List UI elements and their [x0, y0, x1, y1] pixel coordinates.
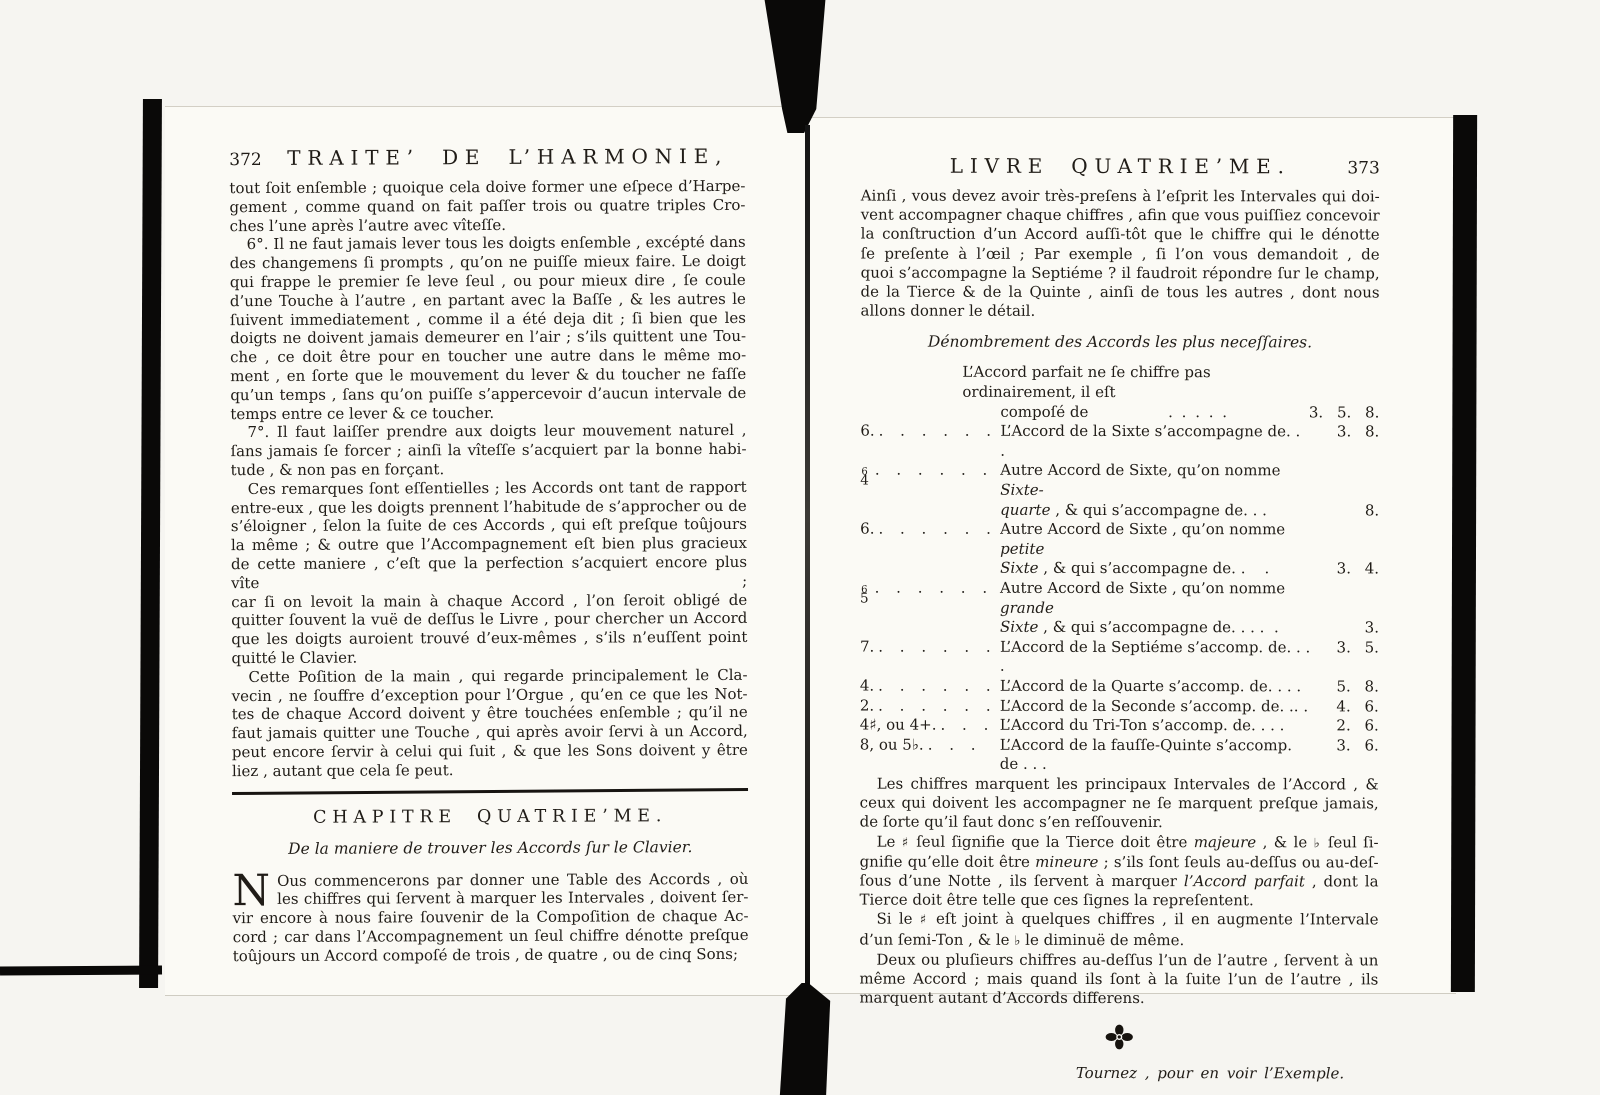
text-line: d’une Touche à l’autre , en partant avec… — [230, 290, 746, 311]
right-page-paragraphs: Les chiffres marquent les principaux Int… — [859, 774, 1378, 1008]
text-line: Si le ♯ eſt joint à quelques chiffres , … — [859, 910, 1378, 931]
table-row: 65. . . . . . . . . .Autre Accord de Six… — [860, 579, 1379, 619]
left-page-paragraphs: tout ſoit enſemble ; quoique cela doive … — [229, 177, 748, 781]
table-row-text: L’Accord de la Seconde s’accomp. de. .. … — [1000, 696, 1308, 716]
table-row: 6.. . . . . . . . . .L’Accord de la Sixt… — [860, 422, 1379, 462]
text-line: vent accompagner chaque chiffres , afin … — [861, 206, 1380, 226]
table-row: quarte , & qui s’accompagne de. . .8. — [860, 500, 1379, 520]
interval-numbers: 3. 8. — [1313, 423, 1379, 443]
text-line: qui frappe le premier ſe leve ſeul , ou … — [230, 271, 746, 292]
text-line: cord ; car dans l’Accompagnement un ſeul… — [233, 926, 749, 947]
text-line: doigts ne doivent jamais demeurer en l’a… — [230, 327, 746, 348]
text-line: car ſi on levoit la main à chaque Accord… — [231, 590, 747, 611]
text-line: entre-eux , que les doigts prennent l’ha… — [231, 496, 747, 517]
interval-numbers: 3. 5. 8. — [1309, 403, 1380, 423]
page-number-right: 373 — [1322, 158, 1380, 178]
text-line: la même ; & outre que l’Accompagnement e… — [231, 534, 747, 555]
paragraph: Deux ou pluſieurs chiffres au-deſſus l’u… — [859, 950, 1378, 1009]
text-line: s’éloigner , ſelon la ſuite de ces Accor… — [231, 515, 747, 536]
right-page-header: LIVRE QUATRIE’ME. 373 — [861, 154, 1380, 179]
interval-numbers: 8. — [1313, 501, 1379, 521]
right-page-intro: Ainſi , vous devez avoir très-preſens à … — [861, 187, 1380, 322]
text-line: ſans jamais ſe forcer ; ainſi la vîteſſe… — [231, 440, 747, 461]
table-row-text: Sixte , & qui s’accompagne de. . . — [1000, 559, 1269, 579]
right-page: LIVRE QUATRIE’ME. 373 Ainſi , vous devez… — [811, 117, 1456, 994]
interval-numbers: 4. 6. — [1313, 697, 1379, 717]
table-row: 2.. . . . . . . . . .L’Accord de la Seco… — [860, 696, 1379, 716]
text-line: ſe preſente à l’œil ; Par exemple , ſi l… — [861, 244, 1380, 264]
text-line: Ces remarques ſont eſſentielles ; les Ac… — [231, 478, 747, 499]
table-row-text: quarte , & qui s’accompagne de. . . — [1000, 500, 1267, 520]
text-line: toûjours un Accord compoſé de trois , de… — [233, 945, 749, 966]
interval-numbers: 3. 4. — [1313, 560, 1379, 580]
table-row-text: L’Accord du Tri-Ton s’accomp. de. . . . — [1000, 716, 1285, 736]
text-line: gement , comme quand on fait paſſer troi… — [229, 196, 745, 217]
text-line: Le ♯ ſeul ſignifie que la Tierce doit êt… — [860, 832, 1379, 853]
interval-numbers: 3. — [1313, 618, 1379, 638]
book-scan-spread: 372 TRAITE’ DE L’HARMONIE, tout ſoit enſ… — [0, 0, 1600, 1095]
table-row-text: Autre Accord de Sixte , qu’on nomme gran… — [1000, 579, 1313, 619]
figured-bass-signature: 2.. . . . . . . . . . — [860, 696, 1000, 716]
text-line: des changemens ſi prompts , qu’on ne pui… — [230, 252, 746, 273]
text-line: quitter ſouvent la vuë de deſſus le Livr… — [231, 609, 747, 630]
left-page-text-column: 372 TRAITE’ DE L’HARMONIE, tout ſoit enſ… — [229, 144, 749, 966]
interval-numbers: 3. 6. — [1313, 736, 1379, 756]
gutter-shadow-bottom — [769, 983, 837, 1095]
figured-bass-signature: 7.. . . . . . . . . . — [860, 637, 1000, 657]
interval-numbers: 2. 6. — [1313, 716, 1379, 736]
table-row-text: Autre Accord de Sixte, qu’on nomme Sixte… — [1000, 461, 1313, 501]
text-line: tes de chaque Accord doivent y être touc… — [232, 703, 748, 724]
figured-bass-signature: 6.. . . . . . . . . . — [860, 520, 1000, 540]
left-board-foot-edge — [0, 966, 162, 976]
accord-table: L’Accord parfait ne ſe chiffre pas ordin… — [860, 363, 1380, 775]
text-line: tout ſoit enſemble ; quoique cela doive … — [229, 177, 745, 198]
text-line: Les chiffres marquent les principaux Int… — [860, 774, 1379, 794]
table-row: 64. . . . . . . . . .Autre Accord de Six… — [860, 461, 1379, 501]
table-row-text: compoſé de — [1000, 402, 1088, 422]
text-line: peut encore ſervir à celui qui ſuit , & … — [232, 741, 748, 762]
text-line: ment , en ſorte que le mouvement du leve… — [230, 365, 746, 386]
left-page-header: 372 TRAITE’ DE L’HARMONIE, — [229, 144, 745, 170]
text-line: gnifie qu’elle doit être mineure ; s’ils… — [860, 852, 1379, 872]
table-row-text: L’Accord de la Sixte s’accompagne de. . … — [1000, 422, 1313, 462]
right-board-edge — [1451, 115, 1477, 992]
text-line: ſous d’une Notte , ils ſervent à marquer… — [860, 871, 1379, 891]
text-line: qu’un temps , ſans qu’on puiſſe s’apperc… — [230, 384, 746, 405]
table-row: 8, ou 5♭. . . .L’Accord de la fauſſe-Qui… — [860, 735, 1379, 775]
text-line: faut jamais quitter une Touche , qui apr… — [232, 722, 748, 743]
table-row-text: Sixte , & qui s’accompagne de. . . . . — [1000, 618, 1279, 638]
text-line: de ſorte qu’il faut donc s’en reſſouveni… — [860, 813, 1379, 833]
paragraph: Si le ♯ eſt joint à quelques chiffres , … — [859, 910, 1378, 951]
text-line: 7°. Il faut laiſſer prendre aux doigts l… — [230, 421, 746, 442]
paragraph: Le ♯ ſeul ſignifie que la Tierce doit êt… — [859, 832, 1378, 911]
text-line: tude , & non pas en forçant. — [231, 459, 747, 480]
interval-numbers: 5. 8. — [1313, 677, 1379, 697]
text-line: Deux ou pluſieurs chiffres au-deſſus l’u… — [859, 950, 1378, 970]
gutter-shadow-line — [805, 125, 810, 993]
text-line: 6°. Il ne faut jamais lever tous les doi… — [230, 233, 746, 254]
table-row: compoſé de. . . . .3. 5. 8. — [860, 402, 1379, 422]
table-row-text: L’Accord de la Quarte s’accomp. de. . . … — [1000, 677, 1301, 697]
text-line: temps entre ce lever & ce toucher. — [230, 402, 746, 423]
text-line: de la Tierce & de la Quinte , ainſi de t… — [861, 283, 1380, 303]
chapter-paragraph-lines: Ous commencerons par donner une Table de… — [232, 869, 748, 965]
section-rule — [232, 787, 748, 794]
left-board-edge — [139, 99, 162, 988]
text-line: les chiffres qui ſervent à marquer les I… — [232, 888, 748, 909]
running-title-right: LIVRE QUATRIE’ME. — [919, 154, 1322, 179]
interval-numbers: 3. 5. — [1313, 638, 1379, 658]
table-row: 6.. . . . . . . . . .Autre Accord de Six… — [860, 520, 1379, 560]
text-line: ſuivent immediatement , comme il a été d… — [230, 308, 746, 329]
table-row: Sixte , & qui s’accompagne de. . . . .3. — [860, 618, 1379, 638]
table-row: 7.. . . . . . . . . .L’Accord de la Sept… — [860, 637, 1379, 677]
drop-cap: N — [232, 871, 277, 907]
table-row-text: Autre Accord de Sixte , qu’on nomme peti… — [1000, 520, 1313, 560]
table-row: L’Accord parfait ne ſe chiffre pas ordin… — [860, 363, 1379, 403]
chapter-heading: CHAPITRE QUATRIE’ME. — [232, 805, 748, 827]
figured-bass-signature: 6.. . . . . . . . . . — [860, 422, 1000, 442]
text-line: que les doigts auroient trouvé d’eux-mêm… — [231, 628, 747, 649]
text-line: allons donner le détail. — [861, 302, 1380, 322]
figured-bass-signature: 4.. . . . . . . . . . — [860, 676, 1000, 696]
text-line: la conſtruction d’un Accord auſſi-tôt qu… — [861, 225, 1380, 245]
table-row-text: L’Accord de la Septiéme s’accomp. de. . … — [1000, 638, 1313, 678]
printer-ornament-icon — [859, 1024, 1378, 1055]
chapter-opening-paragraph: N Ous commencerons par donner une Table … — [232, 869, 748, 965]
table-row: 4.. . . . . . . . . .L’Accord de la Quar… — [860, 676, 1379, 696]
text-line: ches l’une après l’autre avec vîteſſe. — [230, 214, 746, 235]
left-page: 372 TRAITE’ DE L’HARMONIE, tout ſoit enſ… — [165, 106, 811, 996]
figured-bass-signature: 8, ou 5♭. . . . — [860, 735, 1000, 755]
chapter-subtitle: De la maniere de trouver les Accords ſur… — [232, 837, 748, 857]
text-line: Cette Poſition de la main , qui regarde … — [231, 666, 747, 687]
running-title-left: TRAITE’ DE L’HARMONIE, — [287, 144, 728, 170]
text-line: che , ce doit être pour en toucher une a… — [230, 346, 746, 367]
catchword: Tournez , pour en voir l’Exemple. — [859, 1064, 1378, 1083]
text-line: même Accord ; mais quand ils ſont à la ſ… — [859, 969, 1378, 989]
text-line: quitté le Clavier. — [231, 647, 747, 668]
text-line: ceux qui doivent les accompagner ne ſe m… — [860, 794, 1379, 814]
text-line: Ous commencerons par donner une Table de… — [232, 869, 748, 890]
text-line: Ainſi , vous devez avoir très-preſens à … — [861, 187, 1380, 207]
figured-bass-signature: 4♯, ou 4+.. . . — [860, 716, 1000, 736]
paragraph: 6°. Il ne faut jamais lever tous les doi… — [230, 233, 747, 423]
table-row-text: L’Accord de la fauſſe-Quinte s’accomp. d… — [1000, 735, 1313, 775]
paragraph: Ces remarques ſont eſſentielles ; les Ac… — [231, 478, 748, 668]
table-row: 4♯, ou 4+.. . .L’Accord du Tri-Ton s’acc… — [860, 716, 1379, 736]
text-line: quoi s’accompagne la Septiéme ? il faudr… — [861, 263, 1380, 283]
paragraph: Cette Poſition de la main , qui regarde … — [231, 666, 747, 781]
figured-bass-signature: 65. . . . . . . . . . — [860, 579, 1000, 604]
paragraph: 7°. Il faut laiſſer prendre aux doigts l… — [230, 421, 746, 480]
text-line: liez , autant que cela ſe peut. — [232, 760, 748, 781]
paragraph: tout ſoit enſemble ; quoique cela doive … — [229, 177, 745, 236]
text-line: vecin , ne ſouffre d’exception pour l’Or… — [232, 684, 748, 705]
right-page-text-column: LIVRE QUATRIE’ME. 373 Ainſi , vous devez… — [859, 154, 1380, 1083]
text-line: vir encore à nous faire ſouvenir de la C… — [233, 907, 749, 928]
accord-table-heading: Dénombrement des Accords les plus neceſſ… — [860, 333, 1379, 352]
table-row-text: L’Accord parfait ne ſe chiffre pas ordin… — [962, 363, 1313, 403]
table-row: Sixte , & qui s’accompagne de. . .3. 4. — [860, 559, 1379, 579]
figured-bass-signature: 64. . . . . . . . . . — [860, 461, 1000, 486]
text-line: marquent autant d’Accords differens. — [859, 989, 1378, 1009]
text-line: de cette maniere , c’eſt que la perfecti… — [231, 553, 747, 593]
text-line: Tierce doit être telle que ces ſignes la… — [859, 891, 1378, 911]
paragraph: Les chiffres marquent les principaux Int… — [860, 774, 1379, 833]
page-number-left: 372 — [229, 150, 287, 170]
text-line: d’un ſemi-Ton , & le ♭ le diminuë de mêm… — [859, 930, 1378, 951]
